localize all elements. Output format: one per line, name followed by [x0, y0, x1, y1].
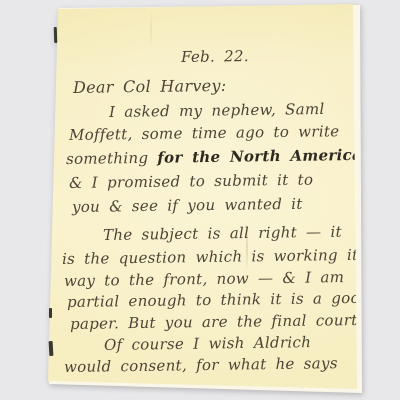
- letter-line: something for the North American.: [66, 146, 379, 168]
- letter-line: you & see if you wanted it: [72, 195, 303, 216]
- paper-edge-mark: [54, 27, 58, 43]
- letter-line: The subject is all right — it: [103, 223, 342, 244]
- paper-edge-mark: [49, 341, 54, 356]
- letter-line: Moffett, some time ago to write: [69, 122, 340, 144]
- letter-line-emphasis: for the North American.: [157, 146, 379, 167]
- letter-line: & I promised to submit it to: [69, 171, 313, 192]
- letter-date: Feb. 22.: [181, 47, 249, 66]
- letter-line: partial enough to think it is a good: [67, 289, 370, 311]
- paper-crease: [150, 10, 152, 50]
- paper-stack: Feb. 22. Dear Col Harvey: I asked my nep…: [0, 0, 400, 400]
- letter-line: I asked my nephew, Saml: [109, 100, 325, 121]
- letter-line: way to the front, now — & I am: [64, 268, 344, 290]
- letter-line: would consent, for what he says: [64, 354, 338, 376]
- letter-paper: Feb. 22. Dear Col Harvey: I asked my nep…: [0, 0, 400, 400]
- letter-line-text: something: [66, 149, 158, 168]
- letter-line: is the question which is working its: [62, 246, 367, 268]
- paper-edge-mark: [49, 308, 52, 318]
- letter-line: paper. But you are the final court.: [70, 311, 363, 333]
- letter-line: Of course I wish Aldrich: [104, 333, 311, 354]
- letter-salutation: Dear Col Harvey:: [73, 76, 227, 97]
- letter-photo-scene: Feb. 22. Dear Col Harvey: I asked my nep…: [0, 0, 400, 400]
